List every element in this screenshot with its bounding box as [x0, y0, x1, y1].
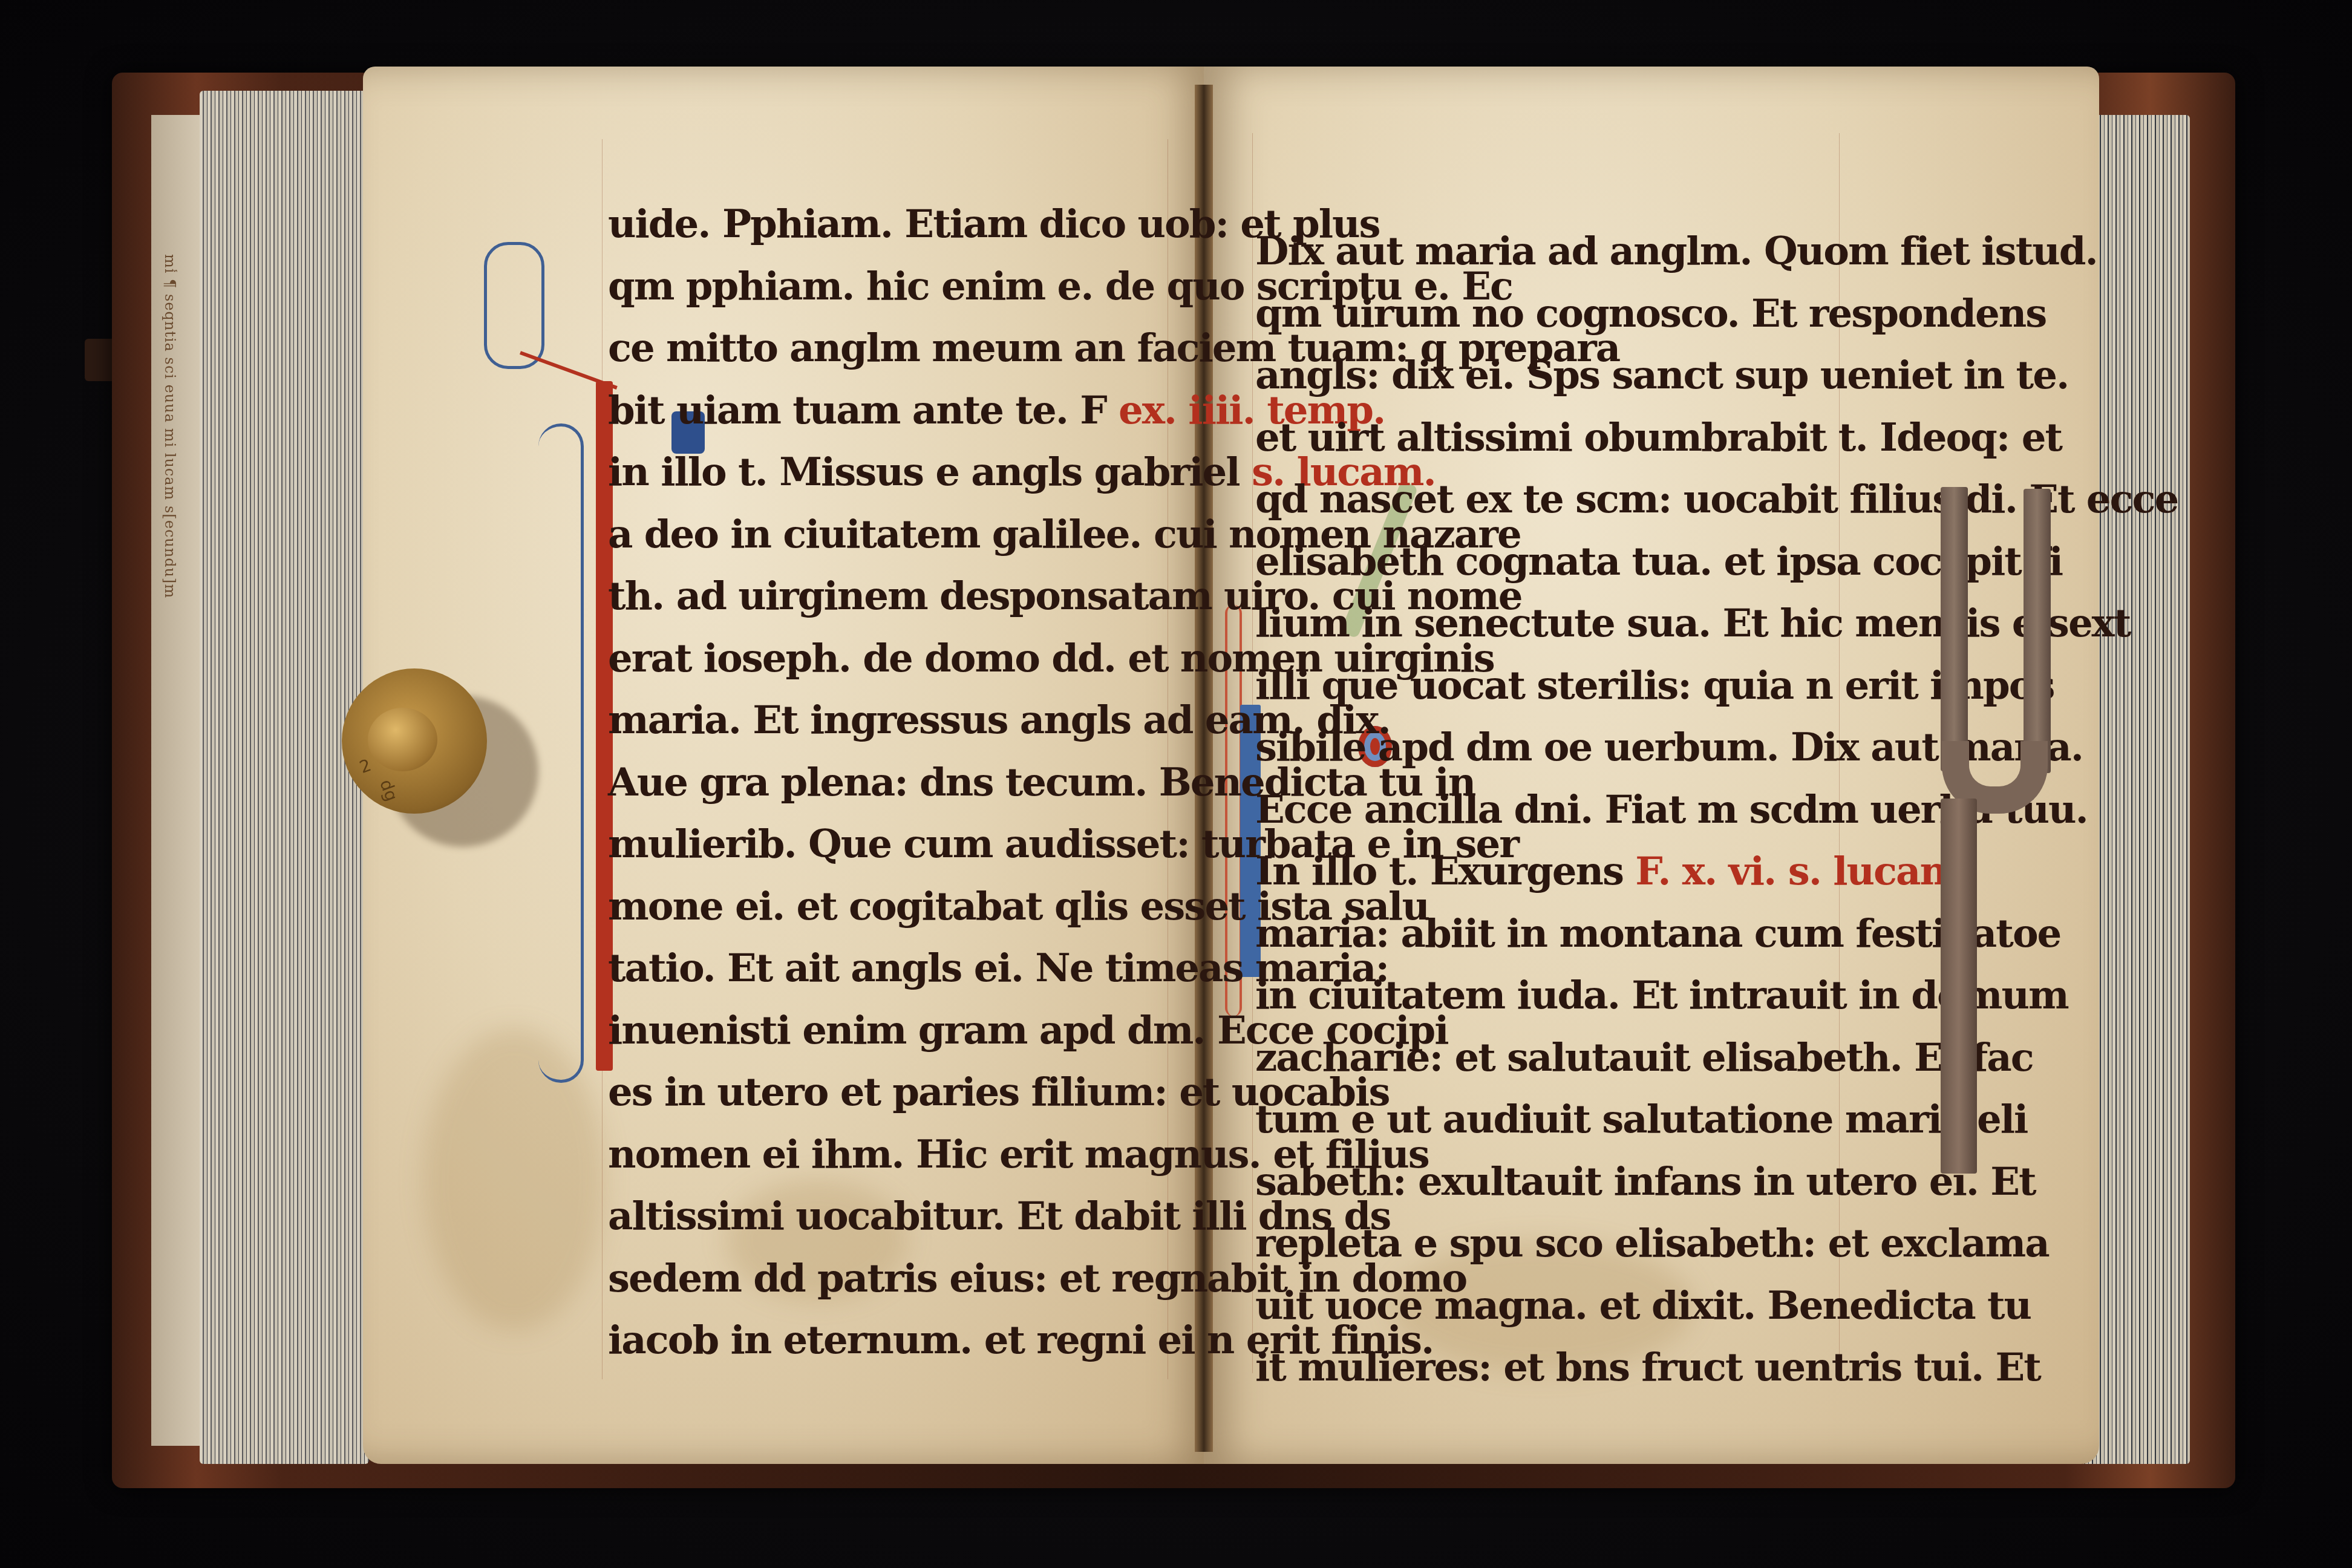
text-line: sabeth: exultauit infans in utero ei. Et [1255, 1151, 1878, 1214]
text-line: in ciuitatem iuda. Et intrauit in domum [1255, 965, 1878, 1027]
left-page-text: uide. Pphiam. Etiam dico uob: et plus qm… [608, 194, 1183, 1372]
text-line: es in utero et paries filium: et uocabis [608, 1062, 1183, 1124]
text-line: iacob in eternum. et regni ei n erit fin… [608, 1310, 1183, 1372]
page-block-left [200, 91, 369, 1464]
text-line: a deo in ciuitatem galilee. cui nomen na… [608, 504, 1183, 566]
text-line: inuenisti enim gram apd dm. Ecce cocipi [608, 1000, 1183, 1062]
text-line: tatio. Et ait angls ei. Ne timeas maria: [608, 938, 1183, 1000]
text-line: maria: abiit in montana cum festinatoe [1255, 903, 1878, 965]
text-line: erat ioseph. de domo dd. et nomen uirgin… [608, 628, 1183, 690]
brass-weight-knob [368, 708, 437, 771]
text-line: et uirt altissimi obumbrabit t. Ideoq: e… [1255, 407, 1878, 469]
text-line: mulierib. Que cum audisset: turbata e in… [608, 814, 1183, 876]
text-line: Aue gra plena: dns tecum. Benedicta tu i… [608, 752, 1183, 814]
text-line: sibile apd dm oe uerbum. Dix aut maria. [1255, 717, 1878, 779]
right-page-text: Dix aut maria ad anglm. Quom fiet istud.… [1255, 221, 1878, 1399]
text-line: th. ad uirginem desponsatam uiro. cui no… [608, 566, 1183, 628]
text-line: ce mitto anglm meum an faciem tuam: q pr… [608, 318, 1183, 380]
flyleaf-text: mi̾ ¶ seqntia sci euua mi lucam s[ecundu… [154, 254, 178, 690]
text-line: uide. Pphiam. Etiam dico uob: et plus [608, 194, 1183, 256]
text-line: tum e ut audiuit salutatione marie eli [1255, 1089, 1878, 1151]
pen-flourish [484, 242, 544, 369]
text-line: zacharie: et salutauit elisabeth. Et fac [1255, 1027, 1878, 1089]
text-line: sedem dd patris eius: et regnabit in dom… [608, 1248, 1183, 1310]
text-line: qm uirum no cognosco. Et respondens [1255, 283, 1878, 345]
text-line: altissimi uocabitur. Et dabit illi dns d… [608, 1186, 1183, 1248]
text-line: maria. Et ingressus angls ad eam. dix. [608, 690, 1183, 752]
text-line: lium in senectute sua. Et hic mensis e s… [1255, 593, 1878, 655]
text-line: illi que uocat sterilis: quia n erit imp… [1255, 655, 1878, 717]
text-line: it mulieres: et bns fruct uentris tui. E… [1255, 1337, 1878, 1399]
tuning-fork-stem [1941, 799, 1977, 1174]
text-line: in illo t. Missus e angls gabriel s. luc… [608, 442, 1183, 504]
text-line: In illo t. Exurgens F. x. vi. s. lucam. [1255, 841, 1878, 903]
text-line: mone ei. et cogitabat qlis esset ista sa… [608, 876, 1183, 938]
text-line: Dix aut maria ad anglm. Quom fiet istud. [1255, 221, 1878, 283]
tuning-fork-tine-right [2024, 489, 2051, 773]
text-line: repleta e spu sco elisabeth: et exclama [1255, 1213, 1878, 1275]
text-line: qd nascet ex te scm: uocabit filius di. … [1255, 469, 1878, 531]
text-line: Ecce ancilla dni. Fiat m scdm uerbu tuu. [1255, 779, 1878, 841]
tuning-fork-tine-left [1941, 487, 1968, 771]
text-line: uit uoce magna. et dixit. Benedicta tu [1255, 1275, 1878, 1338]
text-line: nomen ei ihm. Hic erit magnus. et filius [608, 1124, 1183, 1186]
text-line: angls: dix ei. Sps sanct sup ueniet in t… [1255, 345, 1878, 407]
pen-flourish [538, 423, 584, 1083]
text-line: bit uiam tuam ante te. F ex. iiii. temp. [608, 380, 1183, 442]
text-line: qm pphiam. hic enim e. de quo scriptu e.… [608, 256, 1183, 318]
rubric: F. x. vi. s. lucam. [1635, 849, 1971, 894]
text-line: elisabeth cognata tua. et ipsa cocepit f… [1255, 531, 1878, 593]
flyleaf-text-content: mi̾ ¶ seqntia sci euua mi lucam s[ecundu… [162, 254, 178, 598]
